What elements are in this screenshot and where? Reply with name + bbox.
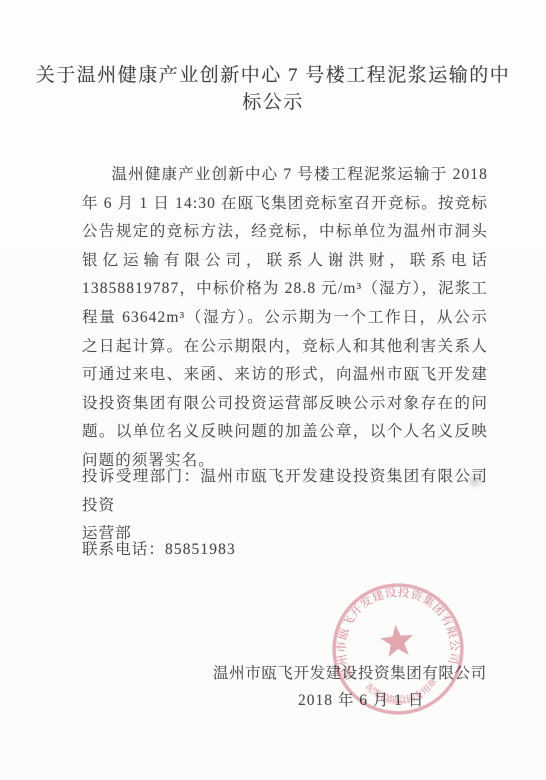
document-title-line2: 标公示 [0, 89, 546, 116]
official-red-seal: 温州市瓯飞开发建设投资集团有限公司 泥浆消纳合同专用章 330300040703 [320, 571, 476, 727]
contact-phone-line: 联系电话：85851983 [82, 536, 488, 565]
announcement-body-paragraph: 温州健康产业创新中心 7 号楼工程泥浆运输于 2018 年 6 月 1 日 14… [82, 161, 488, 476]
scanned-document-page: 关于温州健康产业创新中心 7 号楼工程泥浆运输的中 标公示 温州健康产业创新中心… [0, 0, 546, 780]
document-title-line1: 关于温州健康产业创新中心 7 号楼工程泥浆运输的中 [0, 62, 546, 89]
document-title: 关于温州健康产业创新中心 7 号楼工程泥浆运输的中 标公示 [0, 62, 546, 116]
scan-smudge-artifact [463, 470, 487, 492]
seal-star-icon [379, 623, 415, 658]
